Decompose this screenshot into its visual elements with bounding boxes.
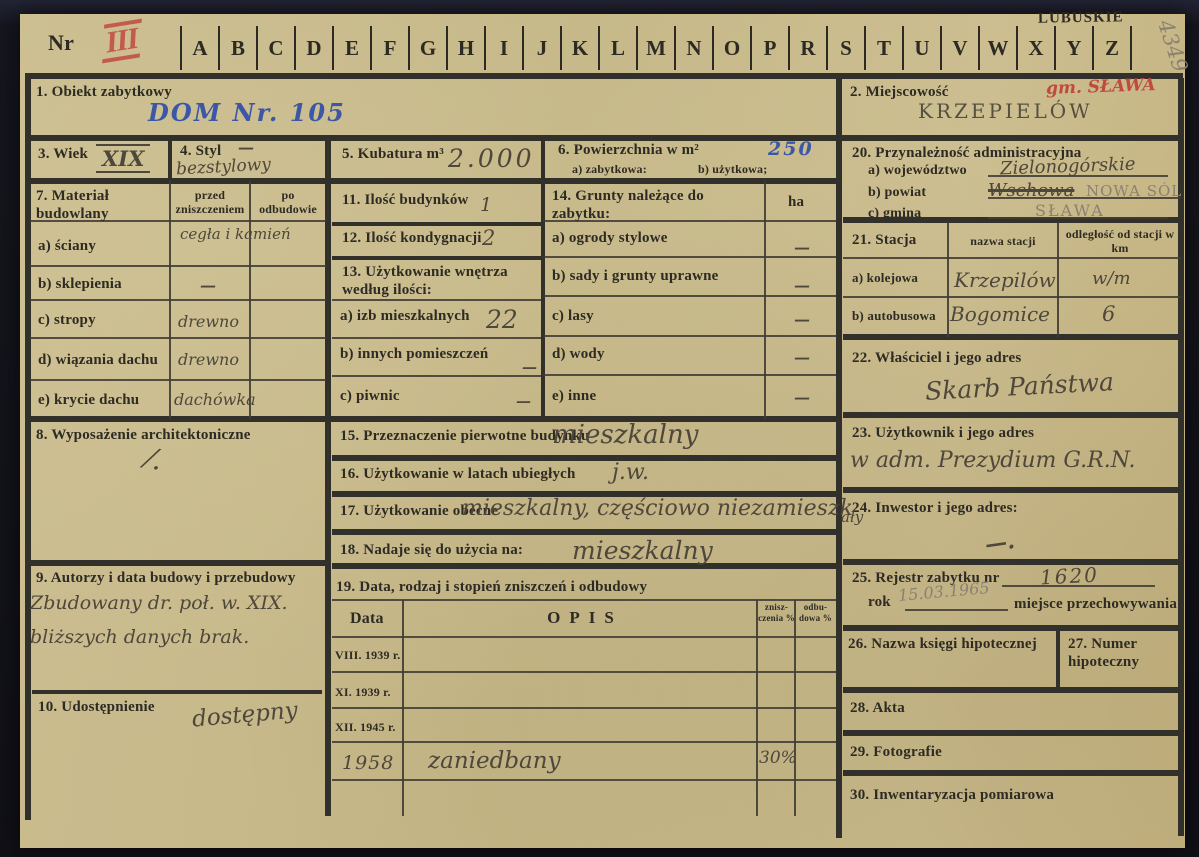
field-13-label: 13. Użytkowanie wnętrza według ilości: bbox=[342, 264, 537, 299]
field-19-row-3-date: XII. 1945 r. bbox=[335, 720, 396, 734]
field-6-value: 250 bbox=[768, 138, 814, 160]
alphabet-letter: N bbox=[674, 26, 712, 70]
field-7-row-b-value: — bbox=[200, 276, 216, 295]
field-21b-name: Bogomice bbox=[950, 302, 1050, 326]
alphabet-index: A B C D E F G H I J K L M N O P R S T U … bbox=[180, 26, 1132, 70]
field-7-row-d-value: drewno bbox=[178, 350, 239, 369]
field-16-value: j.w. bbox=[612, 460, 649, 485]
field-20c-label: c) gmina bbox=[868, 206, 921, 223]
field-14-row-a-label: a) ogrody stylowe bbox=[552, 230, 668, 248]
field-12-label: 12. Ilość kondygnacji bbox=[342, 230, 482, 248]
field-7-row-a-value: cegła i kamień bbox=[180, 224, 250, 244]
field-21-label: 21. Stacja bbox=[852, 232, 917, 250]
alphabet-letter: Z bbox=[1092, 26, 1132, 70]
alphabet-letter: A bbox=[180, 26, 218, 70]
field-14-row-d-value: — bbox=[794, 348, 810, 367]
field-25-rok-label: rok bbox=[868, 594, 891, 612]
field-20c-value: SŁAWA bbox=[1035, 201, 1105, 220]
alphabet-letter: C bbox=[256, 26, 294, 70]
field-7-row-e-value: dachówka bbox=[174, 390, 256, 409]
field-17-overflow: ały bbox=[841, 508, 863, 526]
field-14-row-c-value: — bbox=[794, 310, 810, 329]
field-5-value: 2.000 bbox=[448, 144, 535, 173]
field-7-label: 7. Materiał budowlany bbox=[36, 188, 161, 223]
alphabet-letter: L bbox=[598, 26, 636, 70]
alphabet-letter: P bbox=[750, 26, 788, 70]
alphabet-letter: G bbox=[408, 26, 446, 70]
region-stamp: LUBUSKIE bbox=[1038, 9, 1124, 28]
field-14-row-e-label: e) inne bbox=[552, 388, 596, 406]
field-20b-value-new: NOWA SÓL bbox=[1086, 182, 1182, 200]
field-19-col-zniszczenia: znisz-czenia % bbox=[758, 602, 795, 624]
field-19-col-opis: OPIS bbox=[470, 608, 700, 628]
field-29-label: 29. Fotografie bbox=[850, 744, 942, 762]
field-24-label: 24. Inwestor i jego adres: bbox=[852, 500, 1018, 518]
field-14-row-d-label: d) wody bbox=[552, 346, 605, 364]
alphabet-letter: R bbox=[788, 26, 826, 70]
alphabet-letter: F bbox=[370, 26, 408, 70]
alphabet-letter: U bbox=[902, 26, 940, 70]
alphabet-letter: S bbox=[826, 26, 864, 70]
alphabet-letter: B bbox=[218, 26, 256, 70]
field-23-value: w adm. Prezydium G.R.N. bbox=[850, 448, 1136, 473]
field-25-place-label: miejsce przechowywania bbox=[1014, 596, 1177, 614]
alphabet-letter: J bbox=[522, 26, 560, 70]
field-21-col-name: nazwa stacji bbox=[950, 234, 1056, 248]
field-21-col-dist: odległość od stacji w km bbox=[1062, 227, 1178, 255]
field-7-row-e-label: e) krycie dachu bbox=[38, 392, 139, 410]
field-19-hand-opis: zaniedbany bbox=[428, 748, 561, 774]
field-7-row-c-value: drewno bbox=[178, 312, 239, 331]
card-number-label: Nr bbox=[48, 30, 74, 56]
field-10-label: 10. Udostępnienie bbox=[38, 699, 155, 717]
field-3-label: 3. Wiek bbox=[38, 146, 88, 164]
field-27-label: 27. Numer hipoteczny bbox=[1068, 636, 1173, 671]
field-7-col-before: przed zniszczeniem bbox=[172, 188, 248, 216]
field-19-col-data: Data bbox=[350, 610, 384, 629]
field-30-label: 30. Inwentaryzacja pomiarowa bbox=[850, 787, 1054, 805]
field-26-label: 26. Nazwa księgi hipotecznej bbox=[848, 636, 1053, 654]
field-13-row-c-label: c) piwnic bbox=[340, 388, 400, 406]
field-18-label: 18. Nadaje się do użycia na: bbox=[340, 542, 523, 560]
field-19-row-2-date: XI. 1939 r. bbox=[335, 685, 391, 699]
field-21b-dist: 6 bbox=[1102, 302, 1115, 326]
field-7-row-b-label: b) sklepienia bbox=[38, 276, 122, 294]
field-19-col-odbudowa: odbu-dowa % bbox=[796, 602, 835, 624]
field-11-value: 1 bbox=[480, 194, 492, 216]
field-22-label: 22. Właściciel i jego adres bbox=[852, 350, 1021, 368]
field-12-value: 2 bbox=[482, 226, 495, 250]
field-6b-label: b) użytkowa; bbox=[698, 162, 767, 176]
field-14-row-a-value: — bbox=[794, 238, 810, 257]
field-14-row-b-label: b) sady i grunty uprawne bbox=[552, 268, 719, 286]
field-13-row-a-label: a) izb mieszkalnych bbox=[340, 308, 470, 326]
field-21a-label: a) kolejowa bbox=[852, 270, 918, 285]
alphabet-letter: K bbox=[560, 26, 598, 70]
field-15-value: mieszkalny bbox=[552, 420, 698, 450]
alphabet-letter: E bbox=[332, 26, 370, 70]
field-13-row-a-value: 22 bbox=[486, 305, 518, 334]
field-14-row-b-value: — bbox=[794, 276, 810, 295]
alphabet-letter: Y bbox=[1054, 26, 1092, 70]
field-23-label: 23. Użytkownik i jego adres bbox=[852, 425, 1034, 443]
field-14-row-e-value: — bbox=[794, 388, 810, 407]
field-9-line1: Zbudowany dr. poł. w. XIX. bbox=[30, 592, 288, 614]
alphabet-letter: H bbox=[446, 26, 484, 70]
field-7-col-after: po odbudowie bbox=[252, 188, 324, 216]
card-number-value: III bbox=[102, 19, 142, 64]
field-21b-label: b) autobusowa bbox=[852, 308, 936, 323]
field-7-row-a-label: a) ściany bbox=[38, 238, 96, 256]
field-13-row-b-value: — bbox=[522, 358, 537, 376]
field-24-value: —. bbox=[983, 528, 1016, 558]
field-8-label: 8. Wyposażenie architektoniczne bbox=[36, 427, 251, 445]
field-20a-label: a) województwo bbox=[868, 163, 967, 180]
alphabet-letter: V bbox=[940, 26, 978, 70]
field-6a-label: a) zabytkowa: bbox=[572, 162, 647, 176]
alphabet-letter: I bbox=[484, 26, 522, 70]
field-11-label: 11. Ilość budynków bbox=[342, 192, 469, 210]
alphabet-letter: T bbox=[864, 26, 902, 70]
field-17-value: mieszkalny, częściowo niezamieszk bbox=[462, 496, 853, 521]
field-13-row-c-value: — bbox=[516, 392, 531, 410]
field-14-unit: ha bbox=[788, 194, 804, 212]
field-4-dash: — bbox=[238, 138, 254, 157]
field-2-value: KRZEPIELÓW bbox=[918, 99, 1093, 123]
field-19-label: 19. Data, rodzaj i stopień zniszczeń i o… bbox=[336, 579, 647, 597]
field-28-label: 28. Akta bbox=[850, 700, 905, 718]
field-5-label: 5. Kubatura m³ bbox=[342, 146, 444, 164]
field-20b-value-struck: Wschowa bbox=[988, 180, 1074, 201]
alphabet-letter: O bbox=[712, 26, 750, 70]
field-19-hand-date: 1958 bbox=[342, 752, 394, 774]
field-19-hand-zniszczenia: 30% bbox=[759, 748, 797, 768]
field-2-red-note: gm. SŁAWA bbox=[1046, 75, 1156, 99]
field-7-row-d-label: d) wiązania dachu bbox=[38, 352, 158, 370]
field-7-row-c-label: c) stropy bbox=[38, 312, 96, 330]
field-18-value: mieszkalny bbox=[572, 536, 713, 565]
alphabet-letter: X bbox=[1016, 26, 1054, 70]
field-21a-name: Krzepilów bbox=[954, 268, 1056, 292]
monument-record-card: Nr III A B C D E F G H I J K L M N O P R… bbox=[0, 0, 1199, 857]
field-25-nr-value: 1620 bbox=[1039, 562, 1099, 589]
alphabet-letter: M bbox=[636, 26, 674, 70]
field-19-row-1-date: VIII. 1939 r. bbox=[335, 648, 401, 662]
field-14-label: 14. Grunty należące do zabytku: bbox=[552, 188, 752, 223]
field-9-line2: bliższych danych brak. bbox=[30, 626, 249, 648]
field-3-value: XIX bbox=[96, 144, 150, 173]
alphabet-letter: D bbox=[294, 26, 332, 70]
alphabet-letter: W bbox=[978, 26, 1016, 70]
field-6-label: 6. Powierzchnia w m² bbox=[558, 142, 699, 160]
field-9-label: 9. Autorzy i data budowy i przebudowy bbox=[36, 570, 296, 588]
field-16-label: 16. Użytkowanie w latach ubiegłych bbox=[340, 466, 576, 484]
field-21a-dist: w/m bbox=[1092, 268, 1131, 289]
field-13-row-b-label: b) innych pomieszczeń bbox=[340, 346, 488, 364]
field-14-row-c-label: c) lasy bbox=[552, 308, 594, 326]
field-20b-label: b) powiat bbox=[868, 185, 926, 202]
field-1-value: DOM Nr. 105 bbox=[148, 98, 346, 127]
